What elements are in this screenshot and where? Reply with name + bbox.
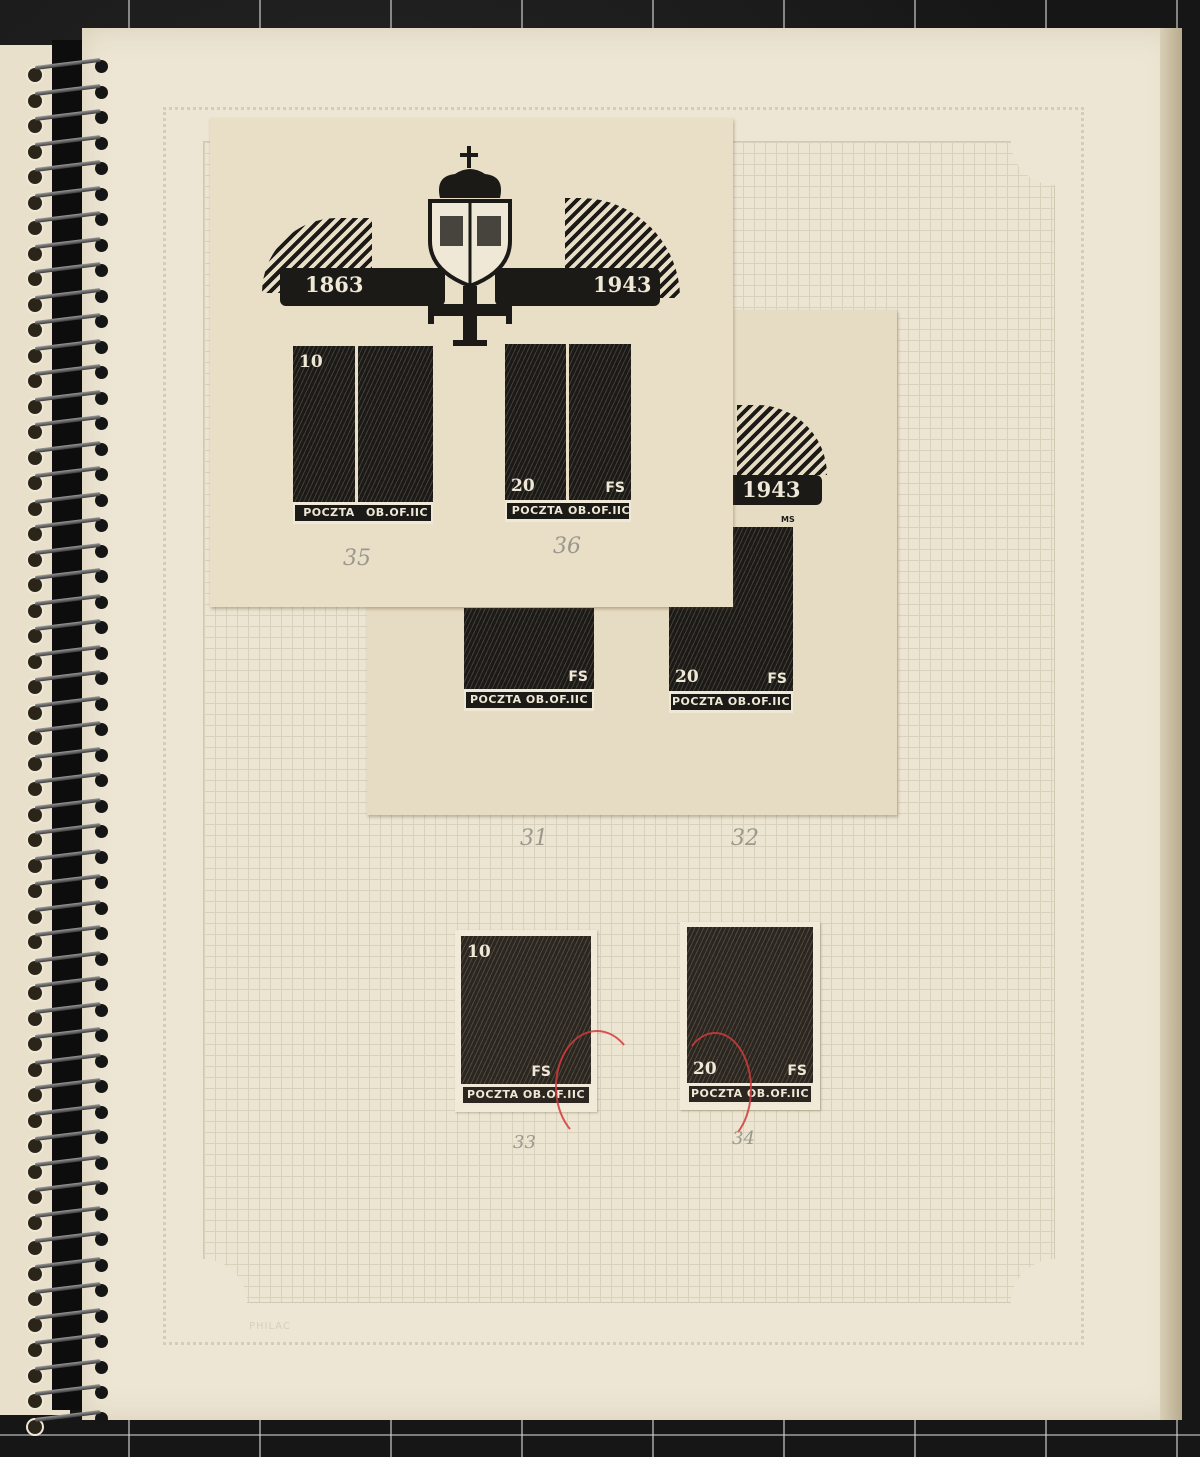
single-stamp-20: 20 FS POCZTA OB.OF.IIC [680,922,820,1110]
catalog-number-34: 34 [732,1128,755,1149]
spiral-coil [28,1190,108,1204]
spiral-coil [28,247,108,261]
spiral-coil [28,1012,108,1026]
catalog-number-32: 32 [731,826,759,851]
engraver-mark: FS [568,669,588,685]
catalog-number-33: 33 [513,1132,536,1153]
spiral-coil [28,731,108,745]
spiral-coil [28,706,108,720]
spiral-coil [28,1267,108,1281]
spiral-coil [28,961,108,975]
spiral-coil [28,400,108,414]
spiral-coil [28,1241,108,1255]
stamp-10-partial: FS POCZTA OB.OF.IIC [464,608,594,711]
grid-corner-br [1011,1259,1055,1303]
spiral-coil [28,145,108,159]
spiral-coil [28,272,108,286]
spiral-coil [28,298,108,312]
year-right: 1943 [739,477,803,502]
spiral-coil [28,1114,108,1128]
spiral-coil [28,1088,108,1102]
spiral-coil [28,1292,108,1306]
year-left: 1863 [302,272,366,297]
grid-corner-bl [203,1259,247,1303]
page-stack-edge [1160,28,1182,1420]
spiral-coil [28,221,108,235]
spiral-coil [28,986,108,1000]
stamp-value: 20 [675,667,699,687]
spiral-coil [28,1369,108,1383]
spiral-coil [28,859,108,873]
monogram: MS [622,294,636,303]
spiral-coil [28,502,108,516]
stamp-divider [566,344,569,522]
stamp-label-left: POCZTA [507,503,568,519]
stamp-10-pair: 10 POCZTA OB.OF.IIC [293,346,433,524]
stamp-20-pair: 20 FS POCZTA OB.OF.IIC [505,344,631,522]
spiral-coil [28,1216,108,1230]
spiral-coil [28,833,108,847]
spiral-coil [28,476,108,490]
spiral-coil [28,553,108,567]
stamp-label: POCZTA OB.OF.IIC [671,694,791,710]
souvenir-sheet-upper: 1863 1943 MS 10 POCZTA OB.OF.IIC 20 FS P… [210,118,733,607]
spiral-coil [28,1420,108,1434]
stamp-label-right: OB.OF.IIC [568,503,629,519]
catalog-number-31: 31 [520,826,548,851]
spiral-coil [28,1063,108,1077]
spiral-coil [28,578,108,592]
spiral-coil [28,1394,108,1408]
spiral-coil [28,757,108,771]
spiral-coil [28,374,108,388]
stamp-value: 20 [511,476,535,496]
stamp-value: 10 [299,352,323,372]
engraver-mark: FS [531,1064,551,1080]
crowned-shield-cross-icon [415,146,525,346]
spiral-coil [28,629,108,643]
cover-stitch-line [0,1434,1200,1436]
spiral-coil [28,1165,108,1179]
spiral-coil [28,808,108,822]
stamp-label-left: POCZTA [295,505,363,521]
stamp-label: POCZTA OB.OF.IIC [466,692,592,708]
spiral-coil [28,680,108,694]
catalog-number-36: 36 [553,534,581,559]
spiral-coil [28,910,108,924]
catalog-number-35: 35 [343,546,371,571]
red-cancel-mark [555,1030,639,1144]
stamp-label-right: OB.OF.IIC [363,505,431,521]
spiral-coil [28,655,108,669]
spiral-coil [28,527,108,541]
stamp-value: 10 [467,942,491,962]
spiral-coil [28,349,108,363]
spiral-coil [28,884,108,898]
stamp-divider [355,346,358,524]
spiral-coil [28,323,108,337]
monogram: MS [781,515,795,524]
single-stamp-10: 10 FS POCZTA OB.OF.IIC [455,930,597,1112]
ribbon-hatch-right [737,405,827,475]
spiral-coil [28,94,108,108]
spiral-coil [28,425,108,439]
spiral-coil [28,68,108,82]
grid-corner-tr [1011,141,1055,185]
spiral-coil [28,1343,108,1357]
spiral-coil [28,119,108,133]
engraver-mark: FS [787,1063,807,1079]
spiral-coil [28,935,108,949]
spiral-coil [28,604,108,618]
spiral-coil [28,1037,108,1051]
album-brand: PHILAC [249,1321,291,1332]
spiral-coil [28,170,108,184]
spiral-coil [28,782,108,796]
spiral-coil [28,196,108,210]
spiral-coil [28,1139,108,1153]
spiral-coil [28,451,108,465]
engraver-mark: FS [767,671,787,687]
spiral-coil [28,1318,108,1332]
engraver-mark: FS [605,480,625,496]
